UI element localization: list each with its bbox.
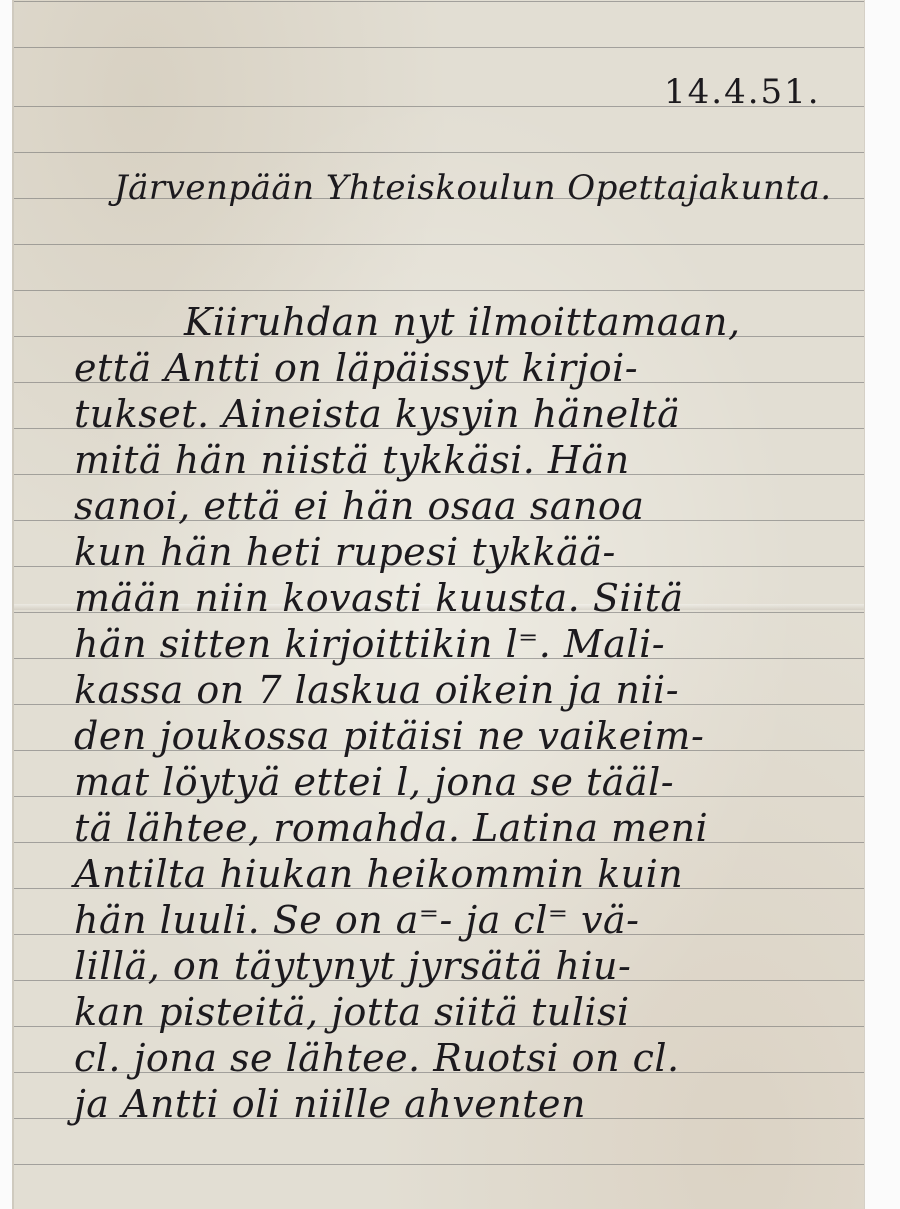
body-line: den joukossa pitäisi ne vaikeim-: [74, 714, 704, 758]
body-line: mitä hän niistä tykkäsi. Hän: [74, 438, 630, 482]
body-line: kan pisteitä, jotta siitä tulisi: [74, 990, 630, 1034]
body-line: tä lähtee, romahda. Latina meni: [74, 806, 708, 850]
letter-date: 14.4.51.: [664, 72, 821, 112]
body-line: kun hän heti rupesi tykkää-: [74, 530, 616, 574]
body-line: ja Antti oli niille ahventen: [74, 1082, 586, 1126]
body-line: mat löytyä ettei l, jona se tääl-: [74, 760, 674, 804]
body-line: lillä, on täytynyt jyrsätä hiu-: [74, 944, 631, 988]
body-line: cl. jona se lähtee. Ruotsi on cl.: [74, 1036, 680, 1080]
body-line: Antilta hiukan heikommin kuin: [74, 852, 683, 896]
body-line: mään niin kovasti kuusta. Siitä: [74, 576, 684, 620]
body-line: hän sitten kirjoittikin l⁼. Mali-: [74, 622, 665, 666]
body-line: että Antti on läpäissyt kirjoi-: [74, 346, 638, 390]
body-line: kassa on 7 laskua oikein ja nii-: [74, 668, 679, 712]
body-line: tukset. Aineista kysyin häneltä: [74, 392, 680, 436]
letter-salutation: Järvenpään Yhteiskoulun Opettajakunta.: [114, 168, 832, 208]
body-line: sanoi, että ei hän osaa sanoa: [74, 484, 644, 528]
body-line: hän luuli. Se on a⁼- ja cl⁼ vä-: [74, 898, 639, 942]
letter-paper: 14.4.51. Järvenpään Yhteiskoulun Opettaj…: [12, 0, 864, 1209]
body-line: Kiiruhdan nyt ilmoittamaan,: [184, 300, 741, 344]
